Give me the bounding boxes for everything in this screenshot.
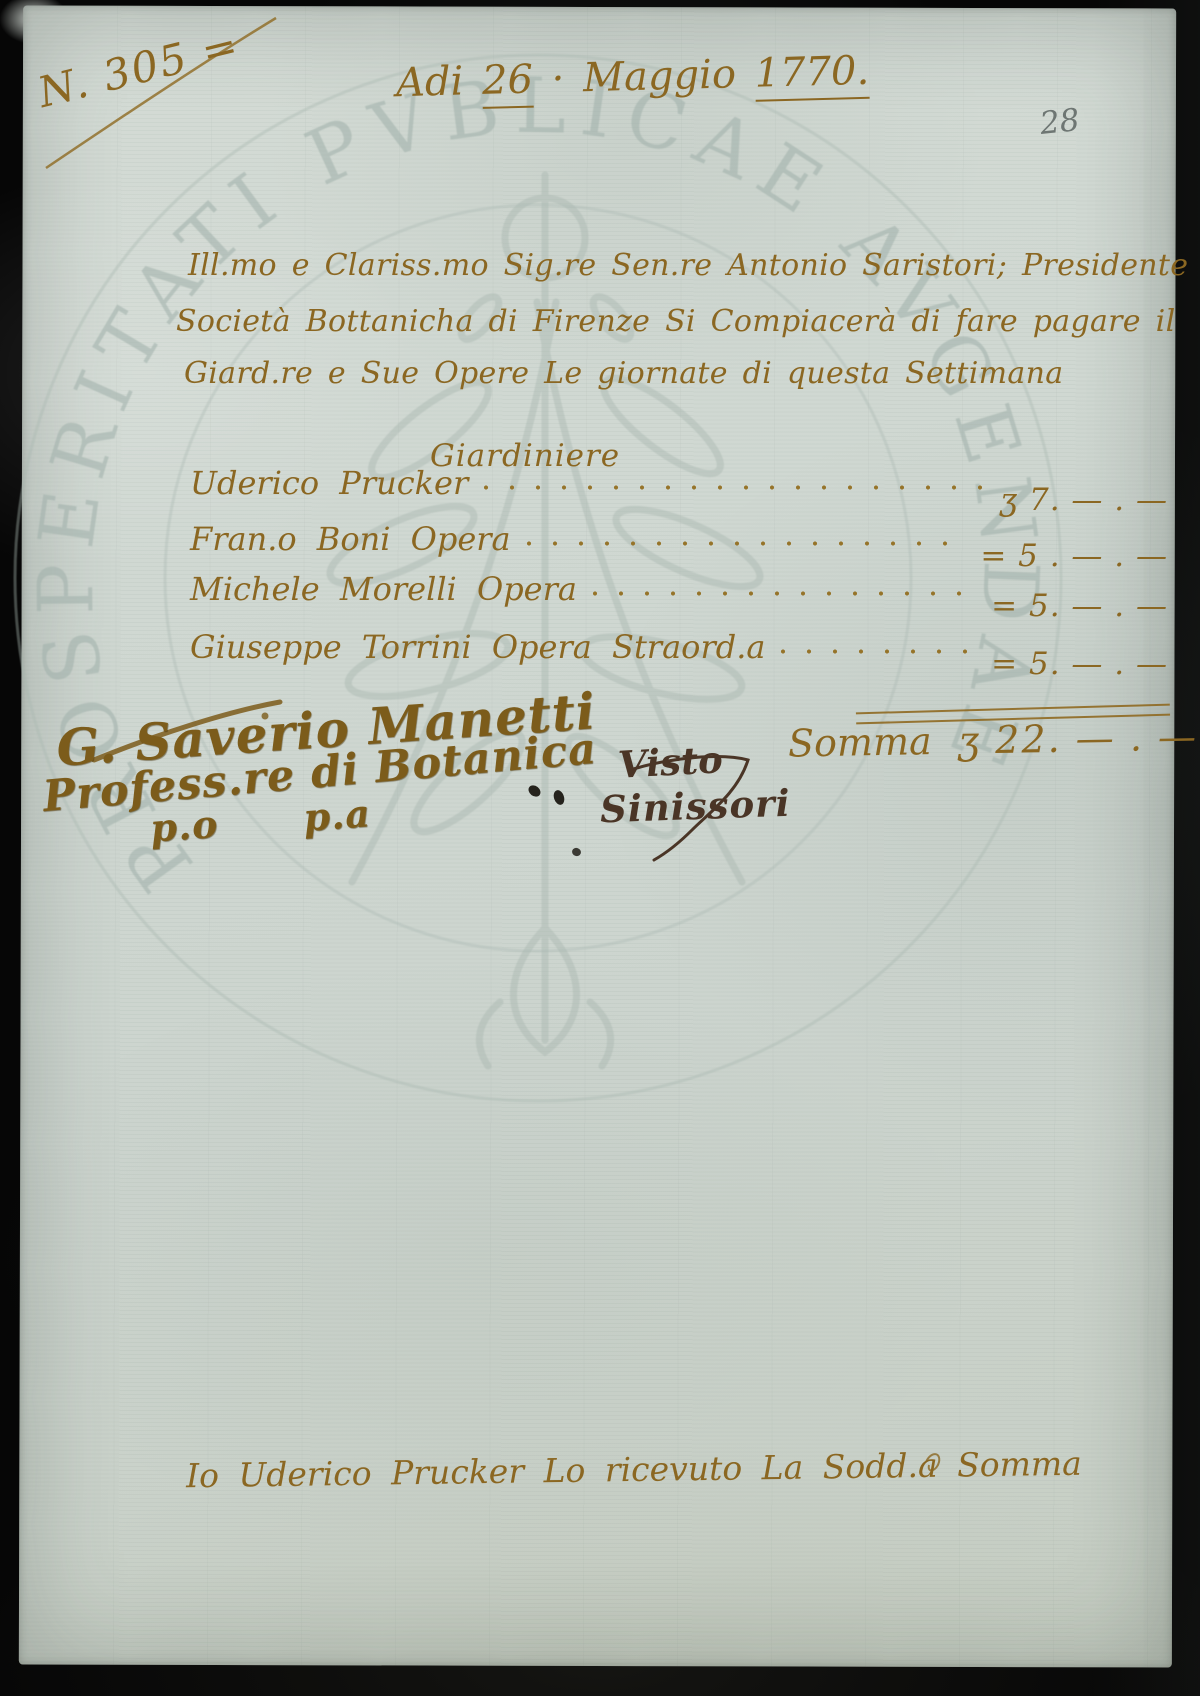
date-day: 26 [481,57,533,109]
worklist-row: Michele Morelli Opera = 5. — . — [190,570,1168,608]
worklist-row: Giuseppe Torrini Opera Straord.a = 5. — … [190,628,1168,666]
pencil-folio-number: 28 [1038,102,1081,142]
date-separator: · [551,56,565,102]
amount-value: ʒ 7. — . — [1000,482,1168,518]
worker-name: Michele Morelli Opera [190,570,577,608]
total-line: Somma ʒ 22. — . — [788,714,1199,765]
worker-name: Giuseppe Torrini Opera Straord.a [190,628,765,666]
amount-value: = 5 . — . — [980,538,1168,574]
date-prefix: Adi [395,58,463,106]
date-year: 1770. [754,48,870,102]
worker-name: Fran.o Boni Opera [190,520,511,558]
amount-value: = 5. — . — [991,588,1168,624]
salutation-line-2: Società Bottanicha di Firenze Si Compiac… [176,304,1175,339]
salutation-line-1: Ill.mo e Clariss.mo Sig.re Sen.re Antoni… [188,248,1200,283]
scanned-manuscript-page: PROSPERITATI PVBLICAE AVGENDAE N. 305 = … [0,0,1200,1696]
worker-name: Uderico Prucker [190,464,468,502]
approval-signature: Sinissori [599,781,791,832]
worklist-row: Fran.o Boni Opera = 5 . — . — [190,520,1168,558]
total-label: Somma [788,719,932,766]
dot-leader [591,591,977,596]
amount-value: = 5. — . — [991,646,1168,682]
date-month: Maggio [582,51,736,101]
worklist-row: Uderico Prucker ʒ 7. — . — [190,464,1168,502]
dot-leader [525,541,967,546]
dot-leader [779,649,977,654]
approval-visto: Visto [617,737,724,786]
dot-leader [482,485,985,490]
total-amount: ʒ 22. — . — [957,714,1198,762]
salutation-line-3: Giard.re e Sue Opere Le giornate di ques… [184,356,1063,391]
